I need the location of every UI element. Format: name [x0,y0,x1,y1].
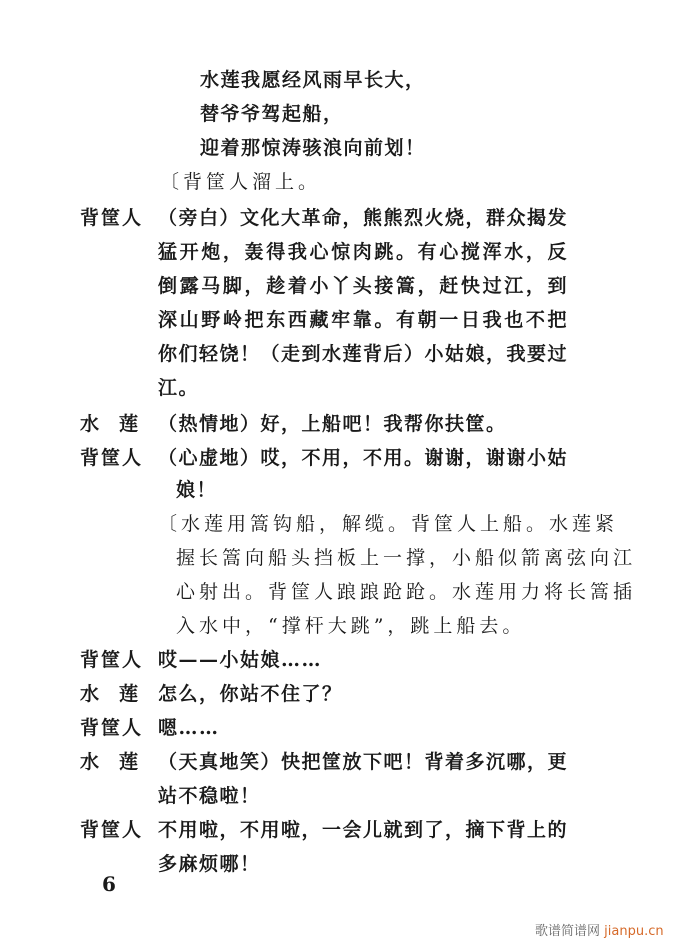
dialogue-line: （旁白）文化大革命，熊熊烈火烧，群众揭发 [158,206,568,230]
dialogue-line: 站不稳啦！ [158,784,568,808]
dialogue-line: 娘！ [176,478,586,502]
stage-direction: 〔水莲用篙钩船，解缆。背筐人上船。水莲紧 [158,512,568,536]
speaker-label: 背筐人 [80,716,143,740]
dialogue-line: 深山野岭把东西藏牢靠。有朝一日我也不把 [158,308,568,332]
watermark: 歌谱简谱网 jianpu.cn [535,920,664,939]
speaker-label: 水莲 [80,682,158,706]
dialogue-line: 多麻烦哪！ [158,852,568,876]
book-page: 水莲我愿经风雨早长大， 替爷爷驾起船， 迎着那惊涛骇浪向前划！ 〔背筐人溜上。 … [0,0,682,950]
dialogue-line: （天真地笑）快把筐放下吧！背着多沉哪，更 [158,750,568,774]
dialogue-line: 猛开炮，轰得我心惊肉跳。有心搅浑水，反 [158,240,568,264]
page-number: 6 [102,872,116,896]
stage-direction: 入水中，“撑杆大跳”，跳上船去。 [176,614,586,638]
watermark-site: jianpu.cn [604,924,663,939]
stage-direction: 心射出。背筐人踉踉跄跄。水莲用力将长篙插 [176,580,568,604]
dialogue-line: 江。 [158,376,568,400]
watermark-cn: 歌谱简谱网 [535,924,600,939]
speaker-label: 背筐人 [80,818,143,842]
stage-direction: 〔背筐人溜上。 [160,170,321,194]
dialogue-line: 嗯…… [158,716,568,740]
dialogue-line: （热情地）好，上船吧！我帮你扶筐。 [158,412,568,436]
stage-direction: 握长篙向船头挡板上一撑，小船似箭离弦向江 [176,546,568,570]
speaker-label: 背筐人 [80,648,143,672]
dialogue-line: 怎么，你站不住了？ [158,682,568,706]
dialogue-line: （心虚地）哎，不用，不用。谢谢，谢谢小姑 [158,446,568,470]
speaker-label: 背筐人 [80,206,143,230]
dialogue-line: 不用啦，不用啦，一会儿就到了，摘下背上的 [158,818,568,842]
speaker-label: 水莲 [80,750,158,774]
dialogue-line: 倒露马脚，趁着小丫头接篙，赶快过江，到 [158,274,568,298]
speaker-label: 背筐人 [80,446,143,470]
speaker-label: 水莲 [80,412,158,436]
verse-line: 水莲我愿经风雨早长大， [200,68,426,92]
dialogue-line: 哎——小姑娘…… [158,648,568,672]
verse-line: 迎着那惊涛骇浪向前划！ [200,136,426,160]
dialogue-line: 你们轻饶！（走到水莲背后）小姑娘，我要过 [158,342,568,366]
verse-line: 替爷爷驾起船， [200,102,344,126]
